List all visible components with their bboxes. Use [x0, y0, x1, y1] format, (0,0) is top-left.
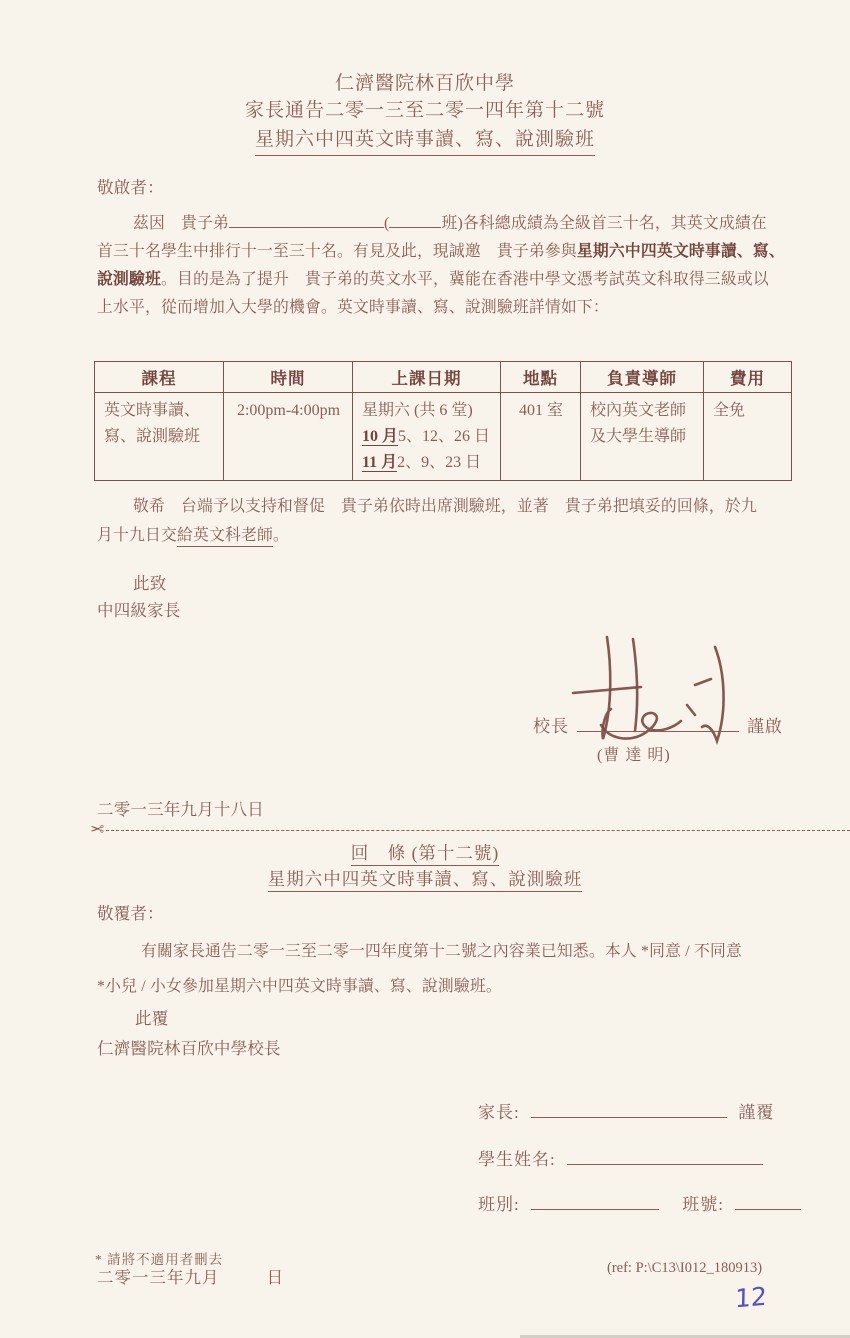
class-label: 班別: [478, 1195, 520, 1214]
parent-signature-blank [531, 1103, 727, 1118]
recipient: 中四級家長 [97, 597, 181, 621]
fee-cell: 全免 [704, 393, 792, 481]
class-details-table: 課程 時間 上課日期 地點 負責導師 費用 英文時事讀、 寫、說測驗班 2:00… [94, 361, 792, 481]
para1-line2: 首三十名學生中排行十一至三十名。有見及此，現誠邀 貴子弟參與 [97, 243, 577, 260]
signature-row: 校長謹啟 [533, 712, 783, 737]
schedule-oct-days: 5、12、26 日 [398, 428, 490, 445]
para1-line1a: 茲因 貴子弟 [133, 215, 229, 232]
file-reference: (ref: P:\C13\I012_180913) [607, 1260, 762, 1277]
schedule-line1: 星期六 (共 6 堂) [362, 398, 492, 424]
time-cell: 2:00pm-4:00pm [224, 393, 353, 481]
footer-date-row: 二零一三年九月 日 [97, 1264, 284, 1288]
notice-number: 家長通告二零一三至二零一四年第十二號 [0, 97, 850, 124]
handwritten-page-number: 12 [735, 1282, 767, 1314]
signature-line-blank [577, 716, 739, 732]
col-course: 課程 [95, 362, 224, 393]
footer-date-day: 日 [267, 1268, 285, 1287]
class-blank [389, 213, 441, 228]
footer-date-month: 二零一三年九月 [97, 1268, 220, 1287]
parent-label: 家長: [478, 1103, 520, 1122]
table-header-row: 課程 時間 上課日期 地點 負責導師 費用 [95, 362, 792, 393]
tutor-cell: 校內英文老師 及大學生導師 [581, 393, 704, 481]
student-name-blank [229, 213, 384, 228]
reply-salutation: 敬覆者： [97, 900, 164, 924]
col-dates: 上課日期 [353, 362, 501, 393]
reply-title: 回 條 (第十二號) [351, 843, 500, 866]
signature-honorific: 謹啟 [747, 717, 783, 736]
parent-honorific: 謹覆 [738, 1103, 774, 1122]
reply-body: 有關家長通告二零一三至二零一四年度第十二號之內容業已知悉。本人 *同意 / 不同… [97, 934, 742, 1004]
notice-header: 仁濟醫院林百欣中學 家長通告二零一三至二零一四年第十二號 星期六中四英文時事讀、… [0, 70, 850, 156]
col-tutor: 負責導師 [581, 362, 704, 393]
principal-name: (曹 達 明) [597, 742, 671, 765]
tutor-line2: 及大學生導師 [590, 424, 695, 450]
reply-addressee: 仁濟醫院林百欣中學校長 [97, 1035, 281, 1059]
class-field-blank [531, 1195, 659, 1210]
class-field-row: 班別: 班號: [478, 1190, 801, 1215]
parent-field-row: 家長: 謹覆 [478, 1098, 774, 1123]
closing-cizhi: 此致 [133, 570, 166, 594]
student-field-row: 學生姓名: [478, 1145, 763, 1170]
table-data-row: 英文時事讀、 寫、說測驗班 2:00pm-4:00pm 星期六 (共 6 堂) … [95, 393, 792, 481]
para1-line3: 。目的是為了提升 貴子弟的英文水平，冀能在香港中學文憑考試英文科取得三級或以 [161, 271, 769, 288]
venue-cell: 401 室 [501, 393, 581, 481]
cut-dashes [106, 830, 850, 831]
notice-date: 二零一三年九月十八日 [97, 796, 264, 820]
reply-subtitle: 星期六中四英文時事讀、寫、說測驗班 [268, 869, 583, 892]
para1-line1c: 班)各科總成績為全級首三十名，其英文成績在 [441, 215, 766, 232]
tutor-line1: 校內英文老師 [590, 398, 695, 424]
schedule-nov-days: 2、9、23 日 [397, 454, 481, 471]
schedule-oct-underlined: 10 月 [362, 428, 398, 446]
class-no-field-blank [735, 1195, 801, 1210]
col-time: 時間 [224, 362, 353, 393]
schedule-nov-underlined: 11 月 [362, 454, 397, 472]
student-name-label: 學生姓名: [478, 1150, 556, 1169]
reply-body-line2: *小兒 / 小女參加星期六中四英文時事讀、寫、說測驗班。 [97, 978, 502, 995]
para1-line2-bold: 星期六中四英文時事讀、寫、 [577, 243, 785, 260]
para2-line2b: 。 [273, 527, 289, 544]
col-venue: 地點 [501, 362, 581, 393]
para1-line3-bold: 說測驗班 [97, 271, 161, 288]
course-cell: 英文時事讀、 寫、說測驗班 [95, 393, 224, 481]
cut-line: ✂ [90, 822, 850, 838]
student-name-field-blank [567, 1150, 763, 1165]
col-fee: 費用 [704, 362, 792, 393]
signature-role: 校長 [533, 717, 569, 736]
class-no-label: 班號: [682, 1195, 724, 1214]
scanned-school-notice: 仁濟醫院林百欣中學 家長通告二零一三至二零一四年第十二號 星期六中四英文時事讀、… [0, 0, 850, 1338]
salutation: 敬啟者： [97, 174, 164, 198]
dates-cell: 星期六 (共 6 堂) 10 月5、12、26 日 11 月2、9、23 日 [353, 393, 501, 481]
scissors-icon: ✂ [90, 822, 104, 839]
notice-subject: 星期六中四英文時事讀、寫、說測驗班 [255, 126, 595, 156]
para2-line1: 敬希 台端予以支持和督促 貴子弟依時出席測驗班，並著 貴子弟把填妥的回條，於九 [133, 498, 757, 515]
reply-subtitle-row: 星期六中四英文時事讀、寫、說測驗班 [0, 866, 850, 891]
para2-underlined: 給英文科老師 [177, 527, 273, 547]
reply-body-line1: 有關家長通告二零一三至二零一四年度第十二號之內容業已知悉。本人 *同意 / 不同… [141, 943, 742, 960]
reply-closing: 此覆 [135, 1005, 168, 1029]
school-name: 仁濟醫院林百欣中學 [0, 70, 850, 97]
para1-line4: 上水平，從而增加入大學的機會。英文時事讀、寫、說測驗班詳情如下： [97, 299, 609, 316]
para2-line2a: 月十九日交 [97, 527, 177, 544]
reply-title-row: 回 條 (第十二號) [0, 840, 850, 865]
paragraph-1: 茲因 貴子弟(班)各科總成績為全級首三十名，其英文成績在 首三十名學生中排行十一… [97, 210, 785, 322]
course-line1: 英文時事讀、 [104, 398, 215, 424]
paragraph-2: 敬希 台端予以支持和督促 貴子弟依時出席測驗班，並著 貴子弟把填妥的回條，於九 … [97, 492, 757, 550]
course-line2: 寫、說測驗班 [104, 424, 215, 450]
